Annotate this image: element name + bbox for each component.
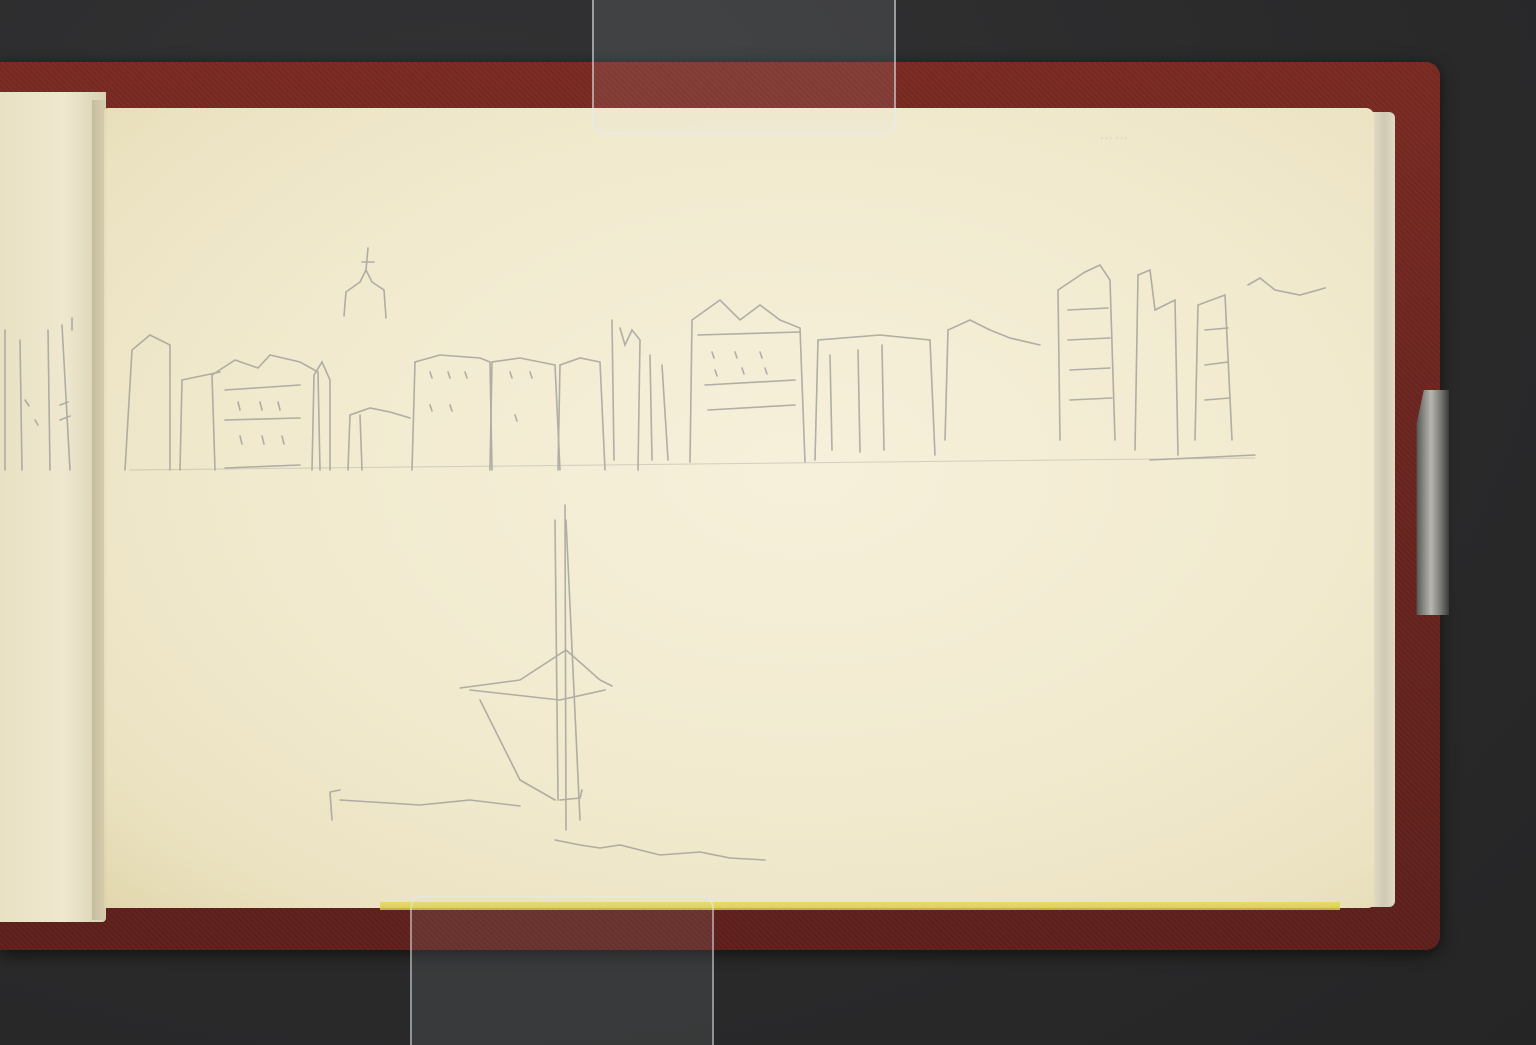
pencil-sketch	[0, 0, 1536, 1045]
plastic-page-clip-top	[592, 0, 896, 134]
plastic-page-clip-bottom	[410, 896, 714, 1045]
